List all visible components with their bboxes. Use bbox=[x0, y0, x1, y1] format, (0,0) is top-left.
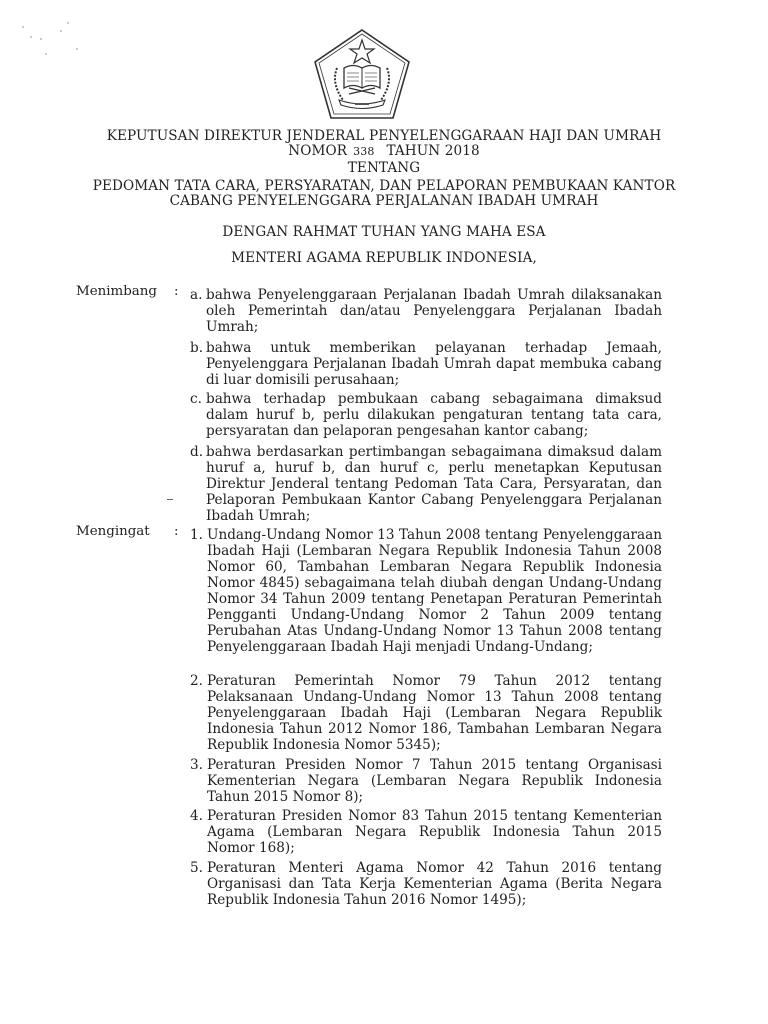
decree-title: KEPUTUSAN DIREKTUR JENDERAL PENYELENGGAR… bbox=[0, 128, 768, 144]
scan-speck bbox=[40, 38, 42, 40]
mengingat-label: Mengingat bbox=[76, 524, 150, 539]
scan-speck bbox=[67, 22, 69, 24]
item-text: Peraturan Menteri Agama Nomor 42 Tahun 2… bbox=[207, 860, 662, 908]
item-text: bahwa berdasarkan pertimbangan sebagaima… bbox=[206, 444, 662, 524]
item-marker: 4. bbox=[190, 808, 203, 824]
authority: MENTERI AGAMA REPUBLIK INDONESIA, bbox=[0, 250, 768, 266]
item-marker: 1. bbox=[190, 527, 203, 543]
scan-speck bbox=[76, 48, 78, 50]
item-text: Peraturan Presiden Nomor 7 Tahun 2015 te… bbox=[207, 757, 662, 805]
scan-speck bbox=[45, 53, 47, 55]
item-marker: 2. bbox=[190, 673, 203, 689]
mengingat-item-5: 5. Peraturan Menteri Agama Nomor 42 Tahu… bbox=[190, 860, 662, 908]
tentang-heading: TENTANG bbox=[0, 160, 768, 176]
mengingat-item-2: 2. Peraturan Pemerintah Nomor 79 Tahun 2… bbox=[190, 673, 662, 753]
item-text: bahwa Penyelenggaraan Perjalanan Ibadah … bbox=[206, 287, 662, 335]
item-marker: 5. bbox=[190, 860, 203, 876]
scan-speck bbox=[22, 26, 24, 28]
nomor-value: 338 bbox=[353, 145, 374, 158]
scan-speck bbox=[60, 30, 62, 32]
item-text: Peraturan Presiden Nomor 83 Tahun 2015 t… bbox=[207, 808, 662, 856]
decree-number-line: NOMOR338TAHUN 2018 bbox=[0, 143, 768, 159]
invocation: DENGAN RAHMAT TUHAN YANG MAHA ESA bbox=[0, 224, 768, 240]
menimbang-item-c: c. bahwa terhadap pembukaan cabang sebag… bbox=[190, 391, 662, 439]
subject-line-2: CABANG PENYELENGGARA PERJALANAN IBADAH U… bbox=[0, 193, 768, 209]
scan-mark bbox=[167, 499, 173, 500]
menimbang-item-a: a. bahwa Penyelenggaraan Perjalanan Ibad… bbox=[190, 287, 662, 335]
item-marker: 3. bbox=[190, 757, 203, 773]
document-page: KEPUTUSAN DIREKTUR JENDERAL PENYELENGGAR… bbox=[0, 0, 768, 1024]
item-text: Undang-Undang Nomor 13 Tahun 2008 tentan… bbox=[207, 527, 662, 655]
item-text: bahwa untuk memberikan pelayanan terhada… bbox=[206, 340, 662, 388]
tahun-label: TAHUN 2018 bbox=[386, 143, 479, 159]
nomor-label: NOMOR bbox=[288, 143, 347, 159]
item-text: Peraturan Pemerintah Nomor 79 Tahun 2012… bbox=[207, 673, 662, 753]
menimbang-label: Menimbang bbox=[76, 284, 157, 299]
ministry-emblem-icon bbox=[313, 28, 411, 120]
item-text: bahwa terhadap pembukaan cabang sebagaim… bbox=[206, 391, 662, 439]
item-marker: b. bbox=[190, 340, 203, 356]
item-marker: a. bbox=[190, 287, 202, 303]
item-marker: c. bbox=[190, 391, 202, 407]
mengingat-item-1: 1. Undang-Undang Nomor 13 Tahun 2008 ten… bbox=[190, 527, 662, 671]
mengingat-item-4: 4. Peraturan Presiden Nomor 83 Tahun 201… bbox=[190, 808, 662, 856]
menimbang-item-d: d. bahwa berdasarkan pertimbangan sebaga… bbox=[190, 444, 662, 524]
menimbang-item-b: b. bahwa untuk memberikan pelayanan terh… bbox=[190, 340, 662, 388]
scan-speck bbox=[30, 36, 32, 38]
mengingat-colon: : bbox=[174, 524, 179, 539]
item-marker: d. bbox=[190, 444, 203, 460]
subject-line-1: PEDOMAN TATA CARA, PERSYARATAN, DAN PELA… bbox=[0, 178, 768, 194]
mengingat-item-3: 3. Peraturan Presiden Nomor 7 Tahun 2015… bbox=[190, 757, 662, 805]
menimbang-colon: : bbox=[174, 284, 179, 299]
